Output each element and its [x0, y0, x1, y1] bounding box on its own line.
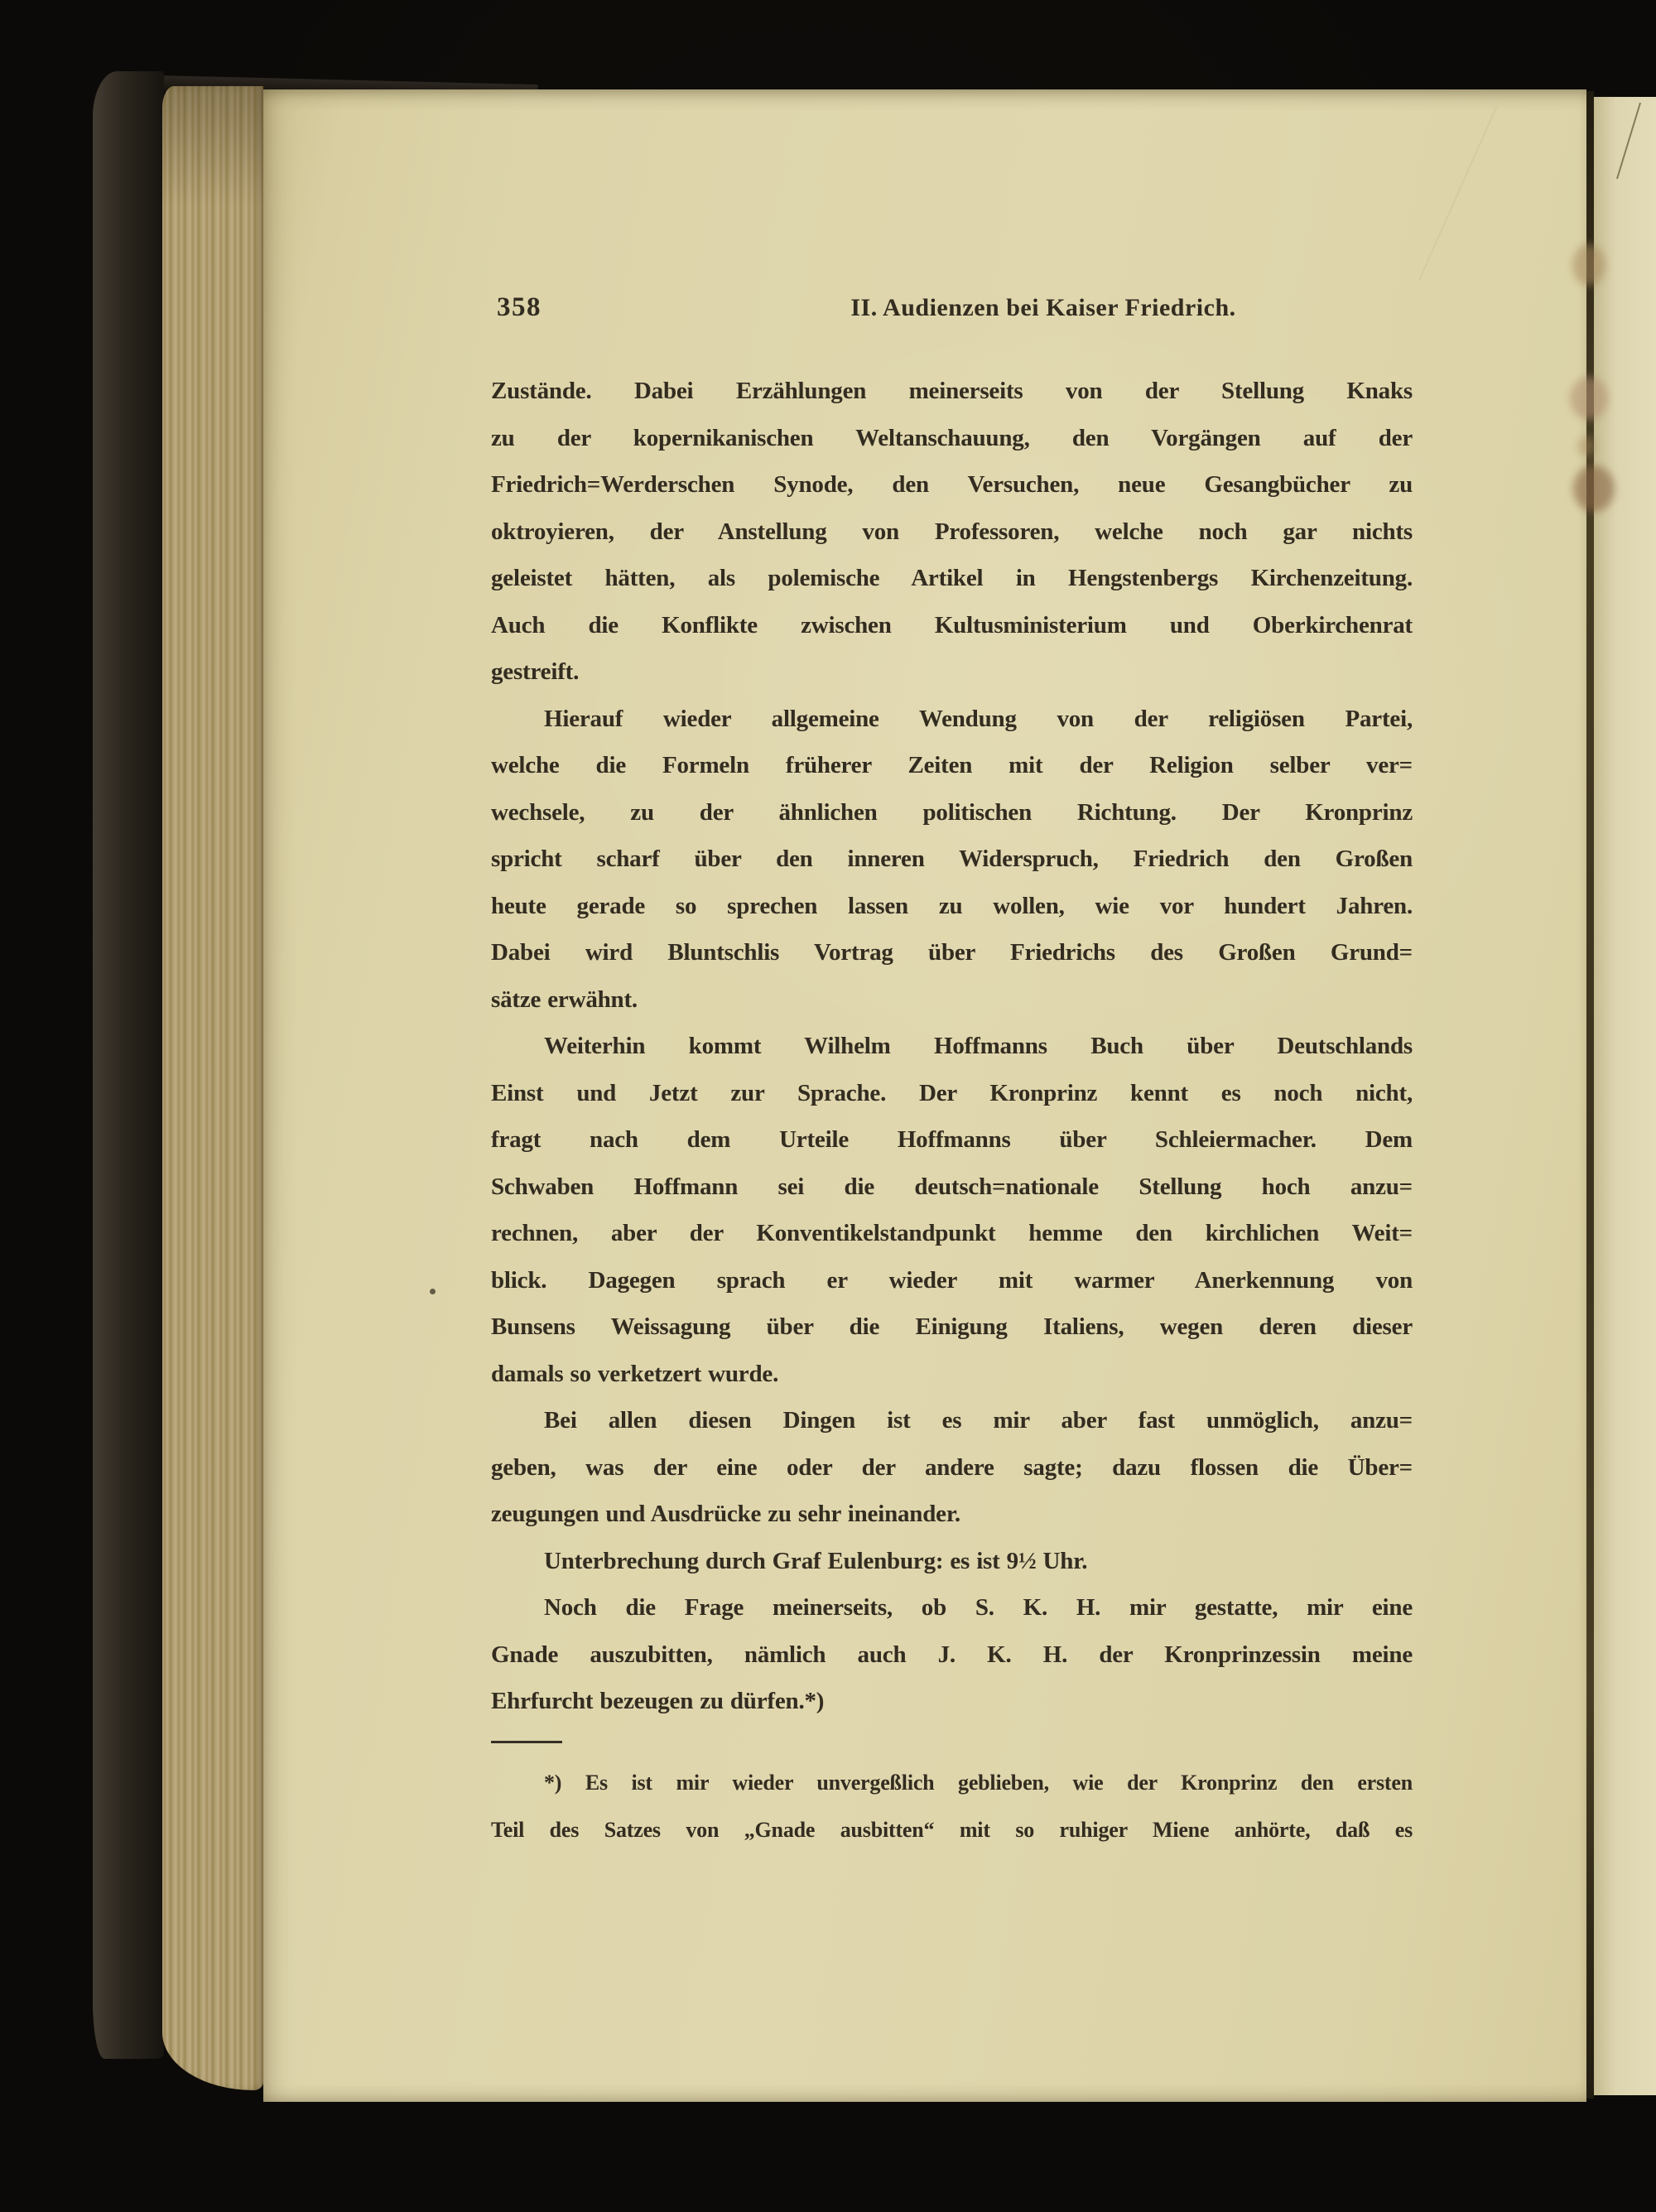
text-line: Hierauf wieder allgemeine Wendung von de… — [491, 696, 1413, 743]
text-line: oktroyieren, der Anstellung von Professo… — [491, 508, 1413, 556]
text-line: zeugungen und Ausdrücke zu sehr ineinand… — [491, 1491, 1413, 1538]
page-edge-stack — [162, 86, 263, 2090]
text-line: geben, was der eine oder der andere sagt… — [491, 1444, 1413, 1492]
text-line: Friedrich=Werderschen Synode, den Versuc… — [491, 461, 1413, 508]
text-line: Gnade auszubitten, nämlich auch J. K. H.… — [491, 1631, 1413, 1679]
text-line: Bunsens Weissagung über die Einigung Ita… — [491, 1304, 1413, 1351]
text-line: Einst und Jetzt zur Sprache. Der Kronpri… — [491, 1070, 1413, 1117]
text-line: geleistet hätten, als polemische Artikel… — [491, 555, 1413, 602]
text-line: Noch die Frage meinerseits, ob S. K. H. … — [491, 1584, 1413, 1631]
text-line: rechnen, aber der Konventikelstandpunkt … — [491, 1210, 1413, 1257]
text-line: damals so verketzert wurde. — [491, 1351, 1413, 1398]
stain-mark — [1570, 377, 1608, 420]
paragraph: Bei allen diesen Dingen ist es mir aber … — [491, 1397, 1413, 1538]
paragraph: Noch die Frage meinerseits, ob S. K. H. … — [491, 1584, 1413, 1725]
text-line: spricht scharf über den inneren Widerspr… — [491, 836, 1413, 883]
paragraph: Weiterhin kommt Wilhelm Hoffmanns Buch ü… — [491, 1023, 1413, 1397]
text-line: heute gerade so sprechen lassen zu wolle… — [491, 883, 1413, 930]
stain-mark — [1573, 465, 1615, 512]
stain-mark — [1577, 436, 1596, 456]
text-line: fragt nach dem Urteile Hoffmanns über Sc… — [491, 1116, 1413, 1164]
text-line: blick. Dagegen sprach er wieder mit warm… — [491, 1257, 1413, 1304]
text-line: wechsele, zu der ähnlichen politischen R… — [491, 789, 1413, 836]
paragraph: Hierauf wieder allgemeine Wendung von de… — [491, 696, 1413, 1024]
book-page: 358 II. Audienzen bei Kaiser Friedrich. … — [263, 89, 1586, 2102]
paragraph: Zustände. Dabei Erzählungen meinerseits … — [491, 368, 1413, 696]
text-line: Dabei wird Bluntschlis Vortrag über Frie… — [491, 929, 1413, 976]
text-line: sätze erwähnt. — [491, 976, 1413, 1024]
text-line: zu der kopernikanischen Weltanschauung, … — [491, 415, 1413, 462]
text-line: Bei allen diesen Dingen ist es mir aber … — [491, 1397, 1413, 1444]
book-cover-spine — [93, 71, 164, 2059]
text-line: Unterbrechung durch Graf Eulenburg: es i… — [491, 1538, 1413, 1585]
footnote-line: *) Es ist mir wieder unvergeßlich geblie… — [491, 1759, 1413, 1806]
running-header: II. Audienzen bei Kaiser Friedrich. — [850, 294, 1235, 322]
text-line: Ehrfurcht bezeugen zu dürfen.*) — [491, 1678, 1413, 1725]
body-text: Zustände. Dabei Erzählungen meinerseits … — [491, 368, 1413, 1725]
footnote-text: *) Es ist mir wieder unvergeßlich geblie… — [491, 1759, 1413, 1853]
text-line: Auch die Konflikte zwischen Kultusminist… — [491, 602, 1413, 649]
text-line: Zustände. Dabei Erzählungen meinerseits … — [491, 368, 1413, 415]
footnote-line: Teil des Satzes von „Gnade ausbitten“ mi… — [491, 1806, 1413, 1853]
text-line: Weiterhin kommt Wilhelm Hoffmanns Buch ü… — [491, 1023, 1413, 1070]
text-line: welche die Formeln früherer Zeiten mit d… — [491, 742, 1413, 789]
stain-mark — [1572, 244, 1605, 286]
text-line: gestreift. — [491, 648, 1413, 696]
page-number: 358 — [497, 292, 542, 323]
footnote-separator — [491, 1741, 562, 1743]
book-scan-photo: 358 II. Audienzen bei Kaiser Friedrich. … — [0, 0, 1656, 2212]
margin-speck — [430, 1289, 436, 1294]
paragraph: Unterbrechung durch Graf Eulenburg: es i… — [491, 1538, 1413, 1585]
text-line: Schwaben Hoffmann sei die deutsch=nation… — [491, 1164, 1413, 1211]
